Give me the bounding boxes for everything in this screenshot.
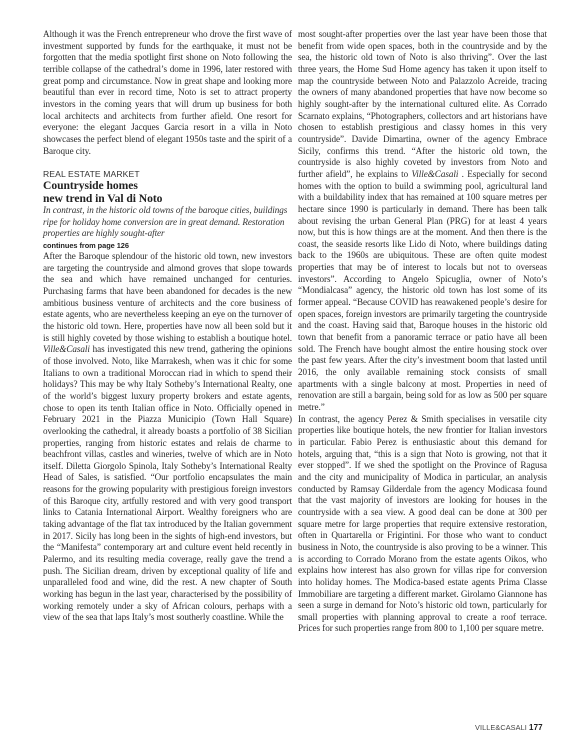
magazine-name: Ville&Casali	[43, 344, 90, 354]
article-paragraph: In contrast, the agency Perez & Smith sp…	[298, 414, 547, 635]
headline-line-1: Countryside homes	[43, 180, 292, 192]
standfirst: In contrast, in the historic old towns o…	[43, 205, 292, 240]
body-text: has investigated this new trend, gatheri…	[43, 344, 292, 622]
page-footer: VILLE&CASALI 177	[475, 723, 543, 732]
continues-from-note: continues from page 126	[43, 240, 292, 251]
magazine-name: Ville&Casali	[411, 169, 458, 179]
left-column: Although it was the French entrepreneur …	[43, 29, 292, 624]
body-text: . Especially for second homes with the o…	[298, 169, 547, 412]
article-headline: Countryside homes new trend in Val di No…	[43, 180, 292, 205]
right-column: most sought-after properties over the la…	[298, 29, 547, 635]
body-text: most sought-after properties over the la…	[298, 29, 547, 179]
article-body-right: most sought-after properties over the la…	[298, 29, 547, 414]
headline-line-2: new trend in Val di Noto	[43, 193, 292, 205]
publication-name: VILLE&CASALI	[475, 723, 527, 732]
intro-paragraph: Although it was the French entrepreneur …	[43, 29, 292, 157]
article-body-left: After the Baroque splendour of the histo…	[43, 251, 292, 624]
body-text: After the Baroque splendour of the histo…	[43, 251, 292, 343]
page-number: 177	[529, 723, 543, 732]
